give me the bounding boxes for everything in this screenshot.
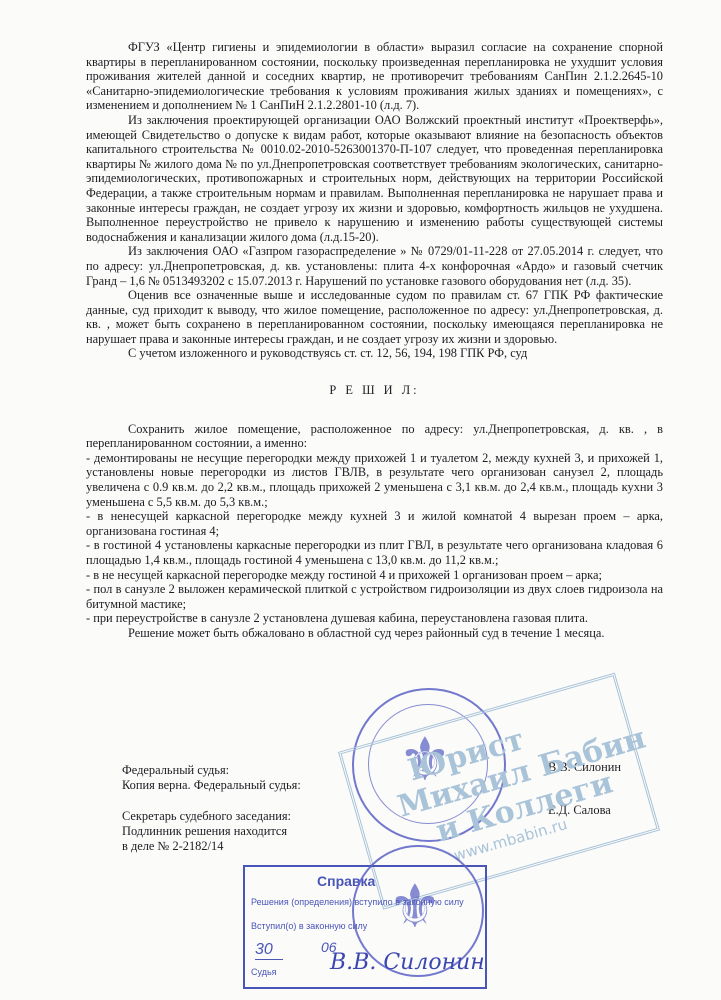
decision-item: - в не несущей каркасной перегородке меж… xyxy=(86,568,663,583)
decision-item: - в гостиной 4 установлены каркасные пер… xyxy=(86,538,663,567)
copy-certified-label: Копия верна. Федеральный судья: xyxy=(122,778,301,793)
case-number: в деле № 2-2182/14 xyxy=(122,839,223,854)
decision-item: - демонтированы не несущие перегородки м… xyxy=(86,451,663,509)
paragraph-legal-basis: С учетом изложенного и руководствуясь ст… xyxy=(86,346,663,361)
paragraph-design-institute-conclusion: Из заключения проектирующей организации … xyxy=(86,113,663,244)
decision-heading: Р Е Ш И Л: xyxy=(86,383,663,398)
secretary-label: Секретарь судебного заседания: xyxy=(122,809,291,824)
document-body: ФГУЗ «Центр гигиены и эпидемиологии в об… xyxy=(86,40,663,641)
court-decision-page: ФГУЗ «Центр гигиены и эпидемиологии в об… xyxy=(0,0,721,1000)
eagle-emblem-icon: ⚜ xyxy=(388,877,442,937)
original-location-line1: Подлинник решения находится xyxy=(122,824,287,839)
judge-signature: В.В. Силонин xyxy=(330,950,485,975)
decision-item: - пол в санузле 2 выложен керамической п… xyxy=(86,582,663,611)
judge-label: Федеральный судья: xyxy=(122,763,229,778)
paragraph-sanitary-conclusion: ФГУЗ «Центр гигиены и эпидемиологии в об… xyxy=(86,40,663,113)
paragraph-gazprom-conclusion: Из заключения ОАО «Газпром газораспредел… xyxy=(86,244,663,288)
decision-intro: Сохранить жилое помещение, расположенное… xyxy=(86,422,663,451)
decision-item: - в ненесущей каркасной перегородке межд… xyxy=(86,509,663,538)
appeal-notice: Решение может быть обжаловано в областно… xyxy=(86,626,663,641)
stamp-line2: Вступил(о) в законную силу xyxy=(251,921,367,931)
paragraph-court-assessment: Оценив все означенные выше и исследованн… xyxy=(86,288,663,346)
stamp-judge-label: Судья xyxy=(251,967,277,977)
stamp-day: 30 xyxy=(255,941,283,960)
decision-item: - при переустройстве в санузле 2 установ… xyxy=(86,611,663,626)
